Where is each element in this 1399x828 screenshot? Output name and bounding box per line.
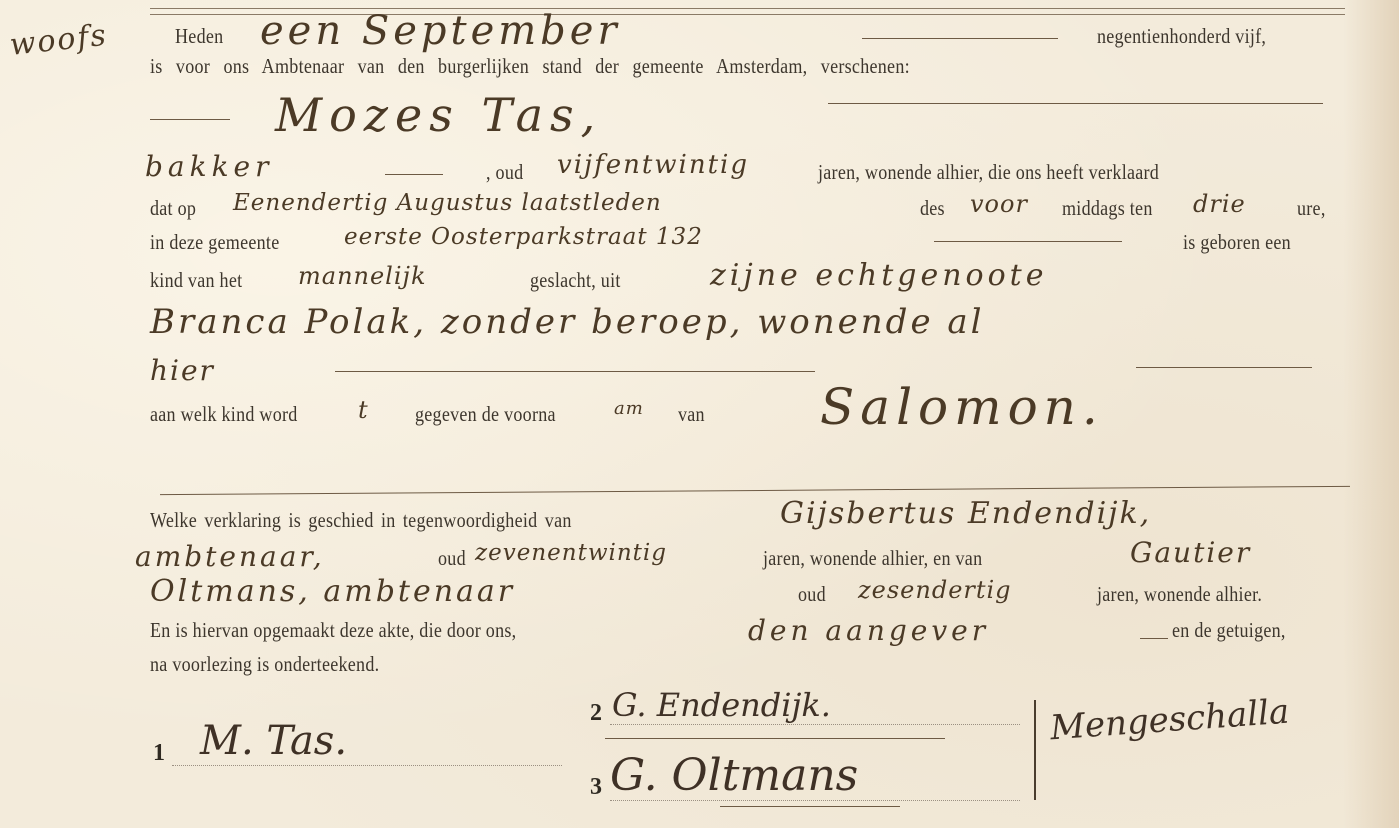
handwritten-mother: Branca Polak, zonder beroep, wonende al <box>150 302 985 342</box>
margin-note: woofs <box>8 18 109 63</box>
text-heden: Heden <box>175 24 223 49</box>
text-gegeven-de-voorna: gegeven de voorna <box>415 402 556 427</box>
handwritten-witness1-occupation: ambtenaar, <box>135 540 325 573</box>
text-ure: ure, <box>1297 196 1326 221</box>
text-aan-welk-kind: aan welk kind word <box>150 402 298 427</box>
text-official-intro: is voor ons Ambtenaar van den burgerlijk… <box>150 54 910 79</box>
text-in-deze-gemeente: in deze gemeente <box>150 230 279 255</box>
text-voorlezing: na voorlezing is onderteekend. <box>150 652 379 677</box>
text-witness1-residence: jaren, wonende alhier, en van <box>763 546 982 571</box>
handwritten-father-name: Mozes Tas, <box>275 88 602 142</box>
handwritten-witness1: Gijsbertus Endendijk, <box>780 496 1151 531</box>
signature-underline-3 <box>720 806 900 807</box>
handwritten-witness2-first: Gautier <box>1130 536 1251 569</box>
handwritten-suffix-am: am <box>614 398 644 419</box>
text-middags-ten: middags ten <box>1062 196 1153 221</box>
signature-official: Mengeschalla <box>1049 692 1291 749</box>
handwritten-suffix-t: t <box>358 396 369 424</box>
text-kind-van-het: kind van het <box>150 268 242 293</box>
signature-line-1 <box>172 765 562 766</box>
signature-number-2: 2 <box>590 700 602 727</box>
text-residence-declared: jaren, wonende alhier, die ons heeft ver… <box>818 160 1159 185</box>
handwritten-address: eerste Oosterparkstraat 132 <box>344 224 703 250</box>
fill-line <box>934 241 1122 242</box>
text-geslacht-uit: geslacht, uit <box>530 268 621 293</box>
fill-line <box>862 38 1058 39</box>
handwritten-witness2-age: zesendertig <box>858 576 1012 604</box>
handwritten-occupation: bakker <box>145 150 274 183</box>
text-getuigen: en de getuigen, <box>1172 618 1286 643</box>
text-van: van <box>678 402 705 427</box>
text-oud: , oud <box>486 160 523 185</box>
handwritten-birth-date: Eenendertig Augustus laatstleden <box>233 190 662 216</box>
text-des: des <box>920 196 945 221</box>
text-welke-verklaring: Welke verklaring is geschied in tegenwoo… <box>150 508 572 533</box>
text-oud: oud <box>438 546 466 571</box>
signature-number-3: 3 <box>590 774 602 801</box>
handwritten-witness1-age: zevenentwintig <box>475 540 667 566</box>
handwritten-witness2-last: Oltmans, ambtenaar <box>150 574 515 609</box>
handwritten-date: een September <box>260 8 621 54</box>
fill-line <box>385 174 443 175</box>
handwritten-relation: zijne echtgenoote <box>710 258 1047 293</box>
handwritten-period: voor <box>970 190 1028 218</box>
text-dat-op: dat op <box>150 196 196 221</box>
handwritten-given-name: Salomon. <box>820 378 1104 436</box>
text-witness2-residence: jaren, wonende alhier. <box>1097 582 1262 607</box>
birth-certificate-page: woofs Heden een September negentienhonde… <box>0 0 1399 828</box>
fill-line <box>335 371 815 372</box>
handwritten-continuation: hier <box>150 354 215 387</box>
signature-underline-2 <box>605 738 945 739</box>
handwritten-father-age: vijfentwintig <box>557 150 749 180</box>
text-is-geboren: is geboren een <box>1183 230 1291 255</box>
signature-number-1: 1 <box>153 740 165 767</box>
text-oud: oud <box>798 582 826 607</box>
text-opgemaakt: En is hiervan opgemaakt deze akte, die d… <box>150 618 516 643</box>
signature-witness1: G. Endendijk. <box>612 686 831 724</box>
text-year: negentienhonderd vijf, <box>1097 24 1266 49</box>
signature-line-2 <box>610 724 1020 725</box>
handwritten-sex: mannelijk <box>298 262 427 290</box>
handwritten-signer: den aangever <box>748 614 989 647</box>
fill-line <box>1140 638 1168 639</box>
fill-line <box>150 119 230 120</box>
fill-line <box>828 103 1323 104</box>
handwritten-hour: drie <box>1193 190 1246 218</box>
fill-line <box>1136 367 1312 368</box>
section-separator <box>160 486 1350 495</box>
signature-witness2: G. Oltmans <box>610 750 858 801</box>
signature-declarant: M. Tas. <box>200 718 347 764</box>
signature-brace <box>1034 700 1036 800</box>
